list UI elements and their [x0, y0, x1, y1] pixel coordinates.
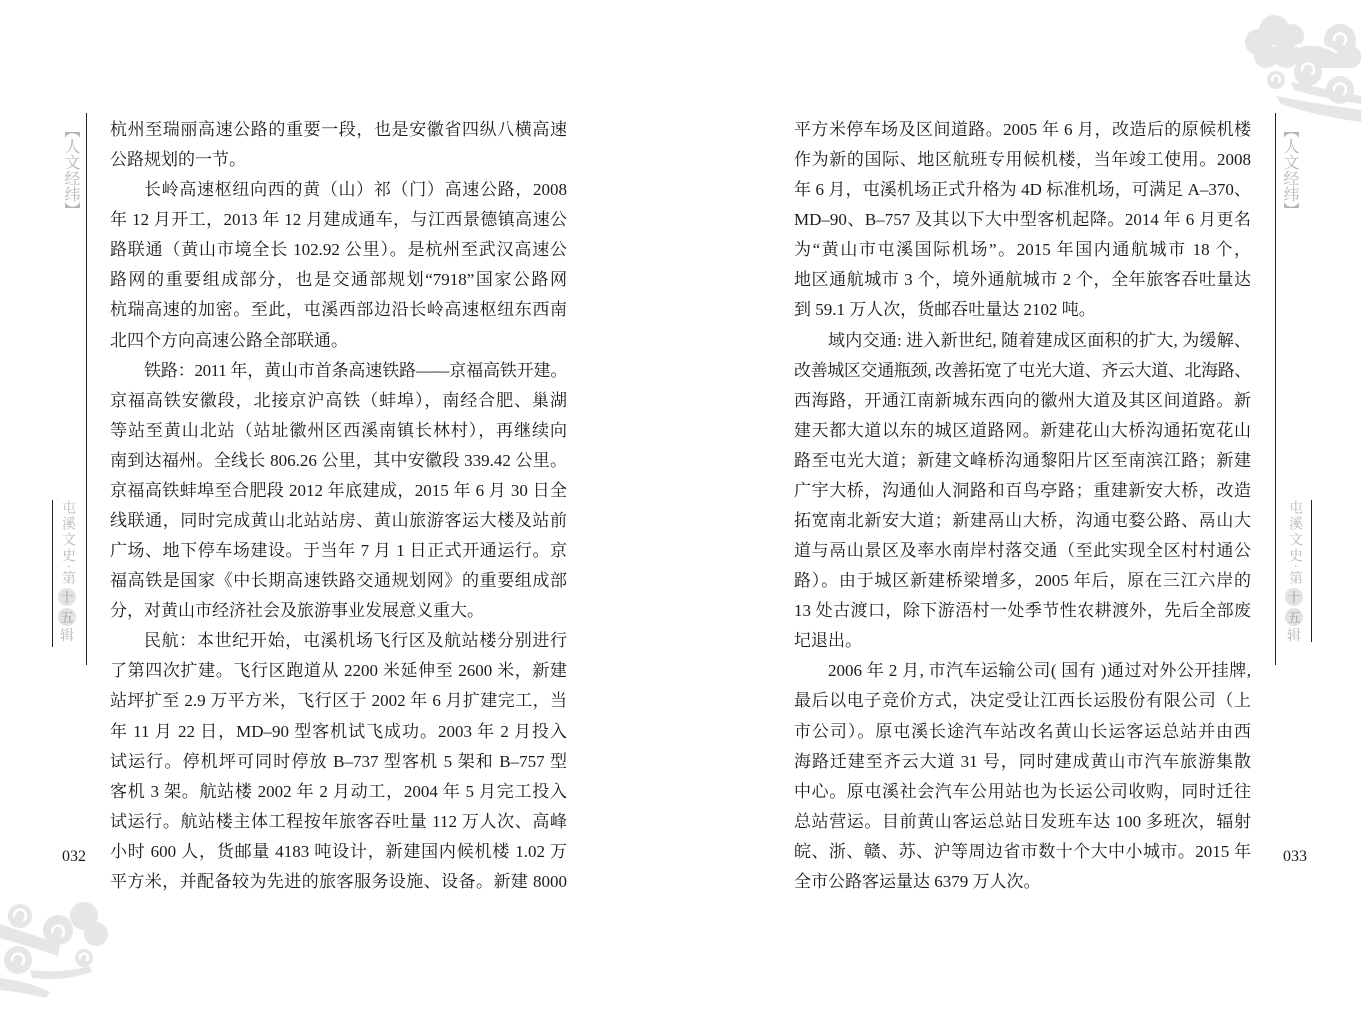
text-line: 总站营运。目前黄山客运总站日发班车达 100 多班次，辐射: [794, 807, 1251, 837]
text-line: 作为新的国际、地区航班专用候机楼，当年竣工使用。2008: [794, 145, 1251, 175]
text-line: 路至屯光大道；新建文峰桥沟通黎阳片区至南滨江路；新建: [794, 446, 1251, 476]
text-line: MD–90、B–757 及其以下大中型客机起降。2014 年 6 月更名: [794, 205, 1251, 235]
text-line: 客机 3 架。航站楼 2002 年 2 月动工，2004 年 5 月完工投入: [110, 777, 567, 807]
left-series-rule: [52, 500, 53, 647]
text-line: 13 处古渡口，除下游浯村一处季节性农耕渡外，先后全部废: [794, 596, 1251, 626]
text-line: 2006 年 2 月, 市汽车运输公司( 国有 )通过对外公开挂牌,: [794, 656, 1251, 686]
section-label: 【人文经纬】: [62, 122, 80, 218]
text-line: 全市公路客运量达 6379 万人次。: [794, 867, 1251, 897]
right-margin-rule: [1275, 113, 1276, 665]
series-number-circle: 十: [58, 588, 76, 606]
text-line: 建天都大道以东的城区道路网。新建花山大桥沟通拓宽花山: [794, 416, 1251, 446]
text-line: 到 59.1 万人次，货邮吞吐量达 2102 吨。: [794, 295, 1251, 325]
cloud-ornament-bottom-left-icon: [0, 894, 114, 998]
text-line: 站坪扩至 2.9 万平方米，飞行区于 2002 年 6 月扩建完工，当: [110, 686, 567, 716]
series-label-suffix: 辑: [60, 629, 74, 645]
left-page-body: 杭州至瑞丽高速公路的重要一段，也是安徽省四纵八横高速 公路规划的一节。 长岭高速…: [110, 115, 567, 897]
text-line: 杭瑞高速的加密。至此，屯溪西部边沿长岭高速枢纽东西南: [110, 295, 567, 325]
text-line: 平方米停车场及区间道路。2005 年 6 月，改造后的原候机楼: [794, 115, 1251, 145]
text-line: 为“黄山市屯溪国际机场”。2015 年国内通航城市 18 个，: [794, 235, 1251, 265]
series-label-suffix: 辑: [1287, 629, 1301, 645]
text-line: 路网的重要组成部分，也是交通部规划“7918”国家公路网: [110, 265, 567, 295]
text-line: 杭州至瑞丽高速公路的重要一段，也是安徽省四纵八横高速: [110, 115, 567, 145]
text-line: 铁路：2011 年，黄山市首条高速铁路——京福高铁开建。: [110, 356, 567, 386]
text-line: 南到达福州。全线长 806.26 公里，其中安徽段 339.42 公里。: [110, 446, 567, 476]
page-number: 033: [1283, 848, 1307, 866]
text-line: 试运行。航站楼主体工程按年旅客吞吐量 112 万人次、高峰: [110, 807, 567, 837]
series-label: 屯溪文史·第 十 五 辑: [57, 500, 77, 645]
series-number-circle: 十: [1285, 588, 1303, 606]
text-line: 京福高铁安徽段，北接京沪高铁（蚌埠），南经合肥、巢湖: [110, 386, 567, 416]
text-line: 公路规划的一节。: [110, 145, 567, 175]
text-line: 北四个方向高速公路全部联通。: [110, 326, 567, 356]
text-line: 年 11 月 22 日，MD–90 型客机试飞成功。2003 年 2 月投入: [110, 717, 567, 747]
text-line: 年 6 月，屯溪机场正式升格为 4D 标准机场，可满足 A–370、: [794, 175, 1251, 205]
text-line: 市公司）。原屯溪长途汽车站改名黄山长运客运总站并由西: [794, 717, 1251, 747]
series-number-circle: 五: [58, 608, 76, 626]
text-line: 等站至黄山北站（站址徽州区西溪南镇长林村），再继续向: [110, 416, 567, 446]
right-series-rule: [1311, 500, 1312, 642]
text-line: 圮退出。: [794, 626, 1251, 656]
text-line: 拓宽南北新安大道；新建鬲山大桥，沟通屯婺公路、鬲山大: [794, 506, 1251, 536]
text-line: 路联通（黄山市境全长 102.92 公里）。是杭州至武汉高速公: [110, 235, 567, 265]
text-line: 最后以电子竞价方式，决定受让江西长运股份有限公司（上: [794, 686, 1251, 716]
text-line: 域内交通: 进入新世纪, 随着建成区面积的扩大, 为缓解、: [794, 326, 1251, 356]
text-line: 广宇大桥，沟通仙人洞路和百鸟亭路；重建新安大桥，改造: [794, 476, 1251, 506]
text-line: 线联通，同时完成黄山北站站房、黄山旅游客运大楼及站前: [110, 506, 567, 536]
text-line: 皖、浙、赣、苏、沪等周边省市数十个大中小城市。2015 年: [794, 837, 1251, 867]
series-label-prefix: 屯溪文史·第: [58, 500, 76, 587]
text-line: 福高铁是国家《中长期高速铁路交通规划网》的重要组成部: [110, 566, 567, 596]
text-line: 平方米，并配备较为先进的旅客服务设施、设备。新建 8000: [110, 867, 567, 897]
text-line: 中心。原屯溪社会汽车公用站也为长运公司收购，同时迁往: [794, 777, 1251, 807]
cloud-ornament-top-right-icon: [1236, 6, 1361, 122]
text-line: 广场、地下停车场建设。于当年 7 月 1 日正式开通运行。京: [110, 536, 567, 566]
text-line: 试运行。停机坪可同时停放 B–737 型客机 5 架和 B–757 型: [110, 747, 567, 777]
text-line: 改善城区交通瓶颈, 改善拓宽了屯光大道、齐云大道、北海路、: [794, 356, 1251, 386]
text-line: 长岭高速枢纽向西的黄（山）祁（门）高速公路，2008: [110, 175, 567, 205]
section-label: 【人文经纬】: [1281, 122, 1299, 218]
series-label: 屯溪文史·第 十 五 辑: [1284, 500, 1304, 645]
text-line: 小时 600 人，货邮量 4183 吨设计，新建国内候机楼 1.02 万: [110, 837, 567, 867]
text-line: 西海路，开通江南新城东西向的徽州大道及其区间道路。新: [794, 386, 1251, 416]
text-line: 海路迁建至齐云大道 31 号，同时建成黄山市汽车旅游集散: [794, 747, 1251, 777]
series-label-prefix: 屯溪文史·第: [1285, 500, 1303, 587]
text-line: 分，对黄山市经济社会及旅游事业发展意义重大。: [110, 596, 567, 626]
text-line: 地区通航城市 3 个，境外通航城市 2 个，全年旅客吞吐量达: [794, 265, 1251, 295]
text-line: 路）。由于城区新建桥梁增多，2005 年后，原在三江六岸的: [794, 566, 1251, 596]
text-line: 了第四次扩建。飞行区跑道从 2200 米延伸至 2600 米，新建: [110, 656, 567, 686]
text-line: 道与鬲山景区及率水南岸村落交通（至此实现全区村村通公: [794, 536, 1251, 566]
series-number-circle: 五: [1285, 608, 1303, 626]
text-line: 年 12 月开工，2013 年 12 月建成通车，与江西景德镇高速公: [110, 205, 567, 235]
page-number: 032: [62, 848, 86, 866]
left-margin-rule: [86, 113, 87, 665]
text-line: 京福高铁蚌埠至合肥段 2012 年底建成，2015 年 6 月 30 日全: [110, 476, 567, 506]
right-page-body: 平方米停车场及区间道路。2005 年 6 月，改造后的原候机楼 作为新的国际、地…: [794, 115, 1251, 897]
text-line: 民航：本世纪开始，屯溪机场飞行区及航站楼分别进行: [110, 626, 567, 656]
